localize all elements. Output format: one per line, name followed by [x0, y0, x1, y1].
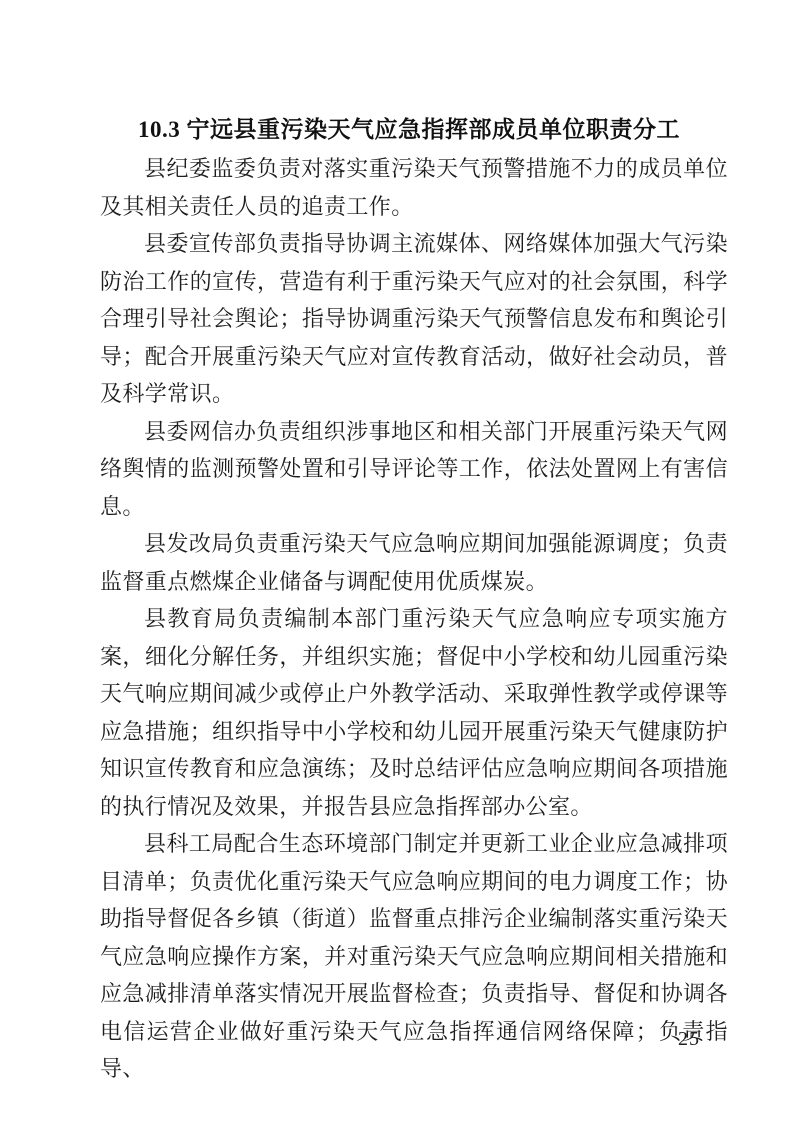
section-heading: 10.3 宁远县重污染天气应急指挥部成员单位职责分工	[100, 110, 728, 150]
paragraph-cyberspace-office: 县委网信办负责组织涉事地区和相关部门开展重污染天气网络舆情的监测预警处置和引导评…	[100, 413, 728, 526]
paragraph-discipline-commission: 县纪委监委负责对落实重污染天气预警措施不力的成员单位及其相关责任人员的追责工作。	[100, 150, 728, 225]
document-page: 10.3 宁远县重污染天气应急指挥部成员单位职责分工 县纪委监委负责对落实重污染…	[0, 0, 793, 1122]
document-content: 10.3 宁远县重污染天气应急指挥部成员单位职责分工 县纪委监委负责对落实重污染…	[100, 110, 728, 1088]
paragraph-science-industry-bureau: 县科工局配合生态环境部门制定并更新工业企业应急减排项目清单；负责优化重污染天气应…	[100, 825, 728, 1088]
paragraph-propaganda-department: 县委宣传部负责指导协调主流媒体、网络媒体加强大气污染防治工作的宣传，营造有利于重…	[100, 225, 728, 413]
page-number: 25	[678, 1028, 700, 1051]
paragraph-education-bureau: 县教育局负责编制本部门重污染天气应急响应专项实施方案，细化分解任务，并组织实施；…	[100, 600, 728, 825]
paragraph-development-reform-bureau: 县发改局负责重污染天气应急响应期间加强能源调度；负责监督重点燃煤企业储备与调配使…	[100, 525, 728, 600]
